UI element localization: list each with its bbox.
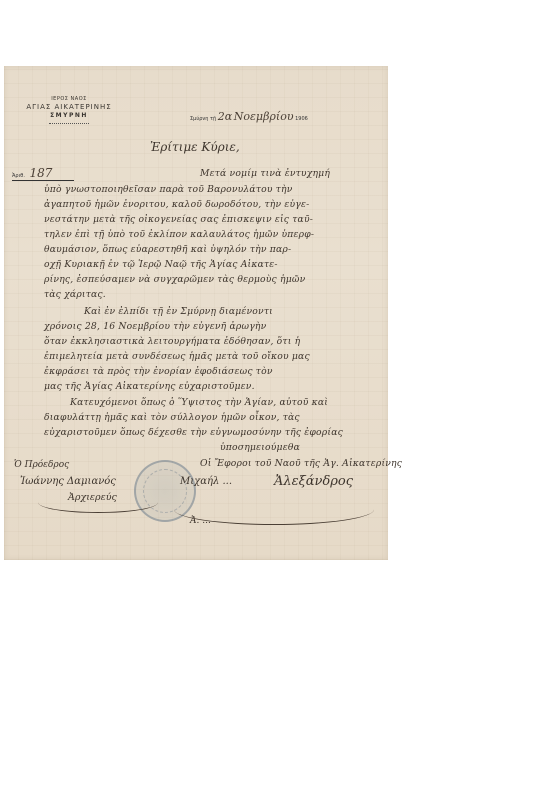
reference-value: 187 [30,166,53,180]
body-line: τὰς χάριτας. [44,289,106,300]
body-line: οχῇ Κυριακῇ ἐν τῷ Ἱερῷ Ναῷ τῆς Ἁγίας Αἰκ… [44,259,278,270]
letterhead-line2: ΑΓΙΑΣ ΑΙΚΑΤΕΡΙΝΗΣ [14,103,124,111]
body-line: ἐπιμελητεία μετὰ συνδέσεως ἡμᾶς μετὰ τοῦ… [44,351,310,362]
body-line: θαυμάσιον, ὅπως εὐαρεστηθῆ καὶ ὑψηλόν τὴ… [44,244,291,255]
date-month: Νοεμβρίου [234,110,294,123]
body-line: Καὶ ἐν ἐλπίδι τῇ ἐν Σμύρνῃ διαμένοντι [84,306,273,317]
body-line: διαφυλάττῃ ἡμᾶς καὶ τὸν σύλλογον ἡμῶν οἶ… [44,412,300,423]
letterhead-line1: ΙΕΡΟΣ ΝΑΟΣ [14,96,124,102]
signature-1: Μιχαήλ ... [180,476,232,487]
body-line: τηλεν ἐπὶ τῇ ὑπὸ τοῦ ἐκλίπον καλαυλάτος … [44,229,314,240]
body-line: Κατευχόμενοι ὅπως ὁ Ὕψιστος τὴν Ἁγίαν, α… [70,397,328,408]
reference-number: Ἀριθ. 187 [12,166,52,180]
body-line: ἀγαπητοῦ ἡμῶν ἐνοριτου, καλοῦ δωροδότου,… [44,199,309,210]
reference-label: Ἀριθ. [12,173,25,179]
date-day: 2α [218,110,232,123]
letterhead-rule [49,123,89,125]
left-signature-name: Ἰωάννης Δαμιανός [20,476,116,487]
signature-flourish [174,494,374,525]
left-signature-title: Ὁ Πρόεδρος [14,460,69,470]
body-line: ρίνης, ἐσπεύσαμεν νὰ συγχαρῶμεν τὰς θερμ… [44,274,305,285]
body-line: μας τῆς Ἁγίας Αἰκατερίνης εὐχαριστοῦμεν. [44,381,255,392]
body-line: ἐκφράσει τὰ πρὸς τὴν ἐνορίαν ἐφοδιάσεως … [44,366,273,377]
letter-paper: ΙΕΡΟΣ ΝΑΟΣ ΑΓΙΑΣ ΑΙΚΑΤΕΡΙΝΗΣ ΣΜΥΡΝΗ Ἀριθ… [4,66,388,560]
body-line: Μετά νομίμ τινὰ ἐντυχημή [200,168,330,179]
signature-flourish [38,492,158,513]
body-line: ὅταν ἐκκλησιαστικὰ λειτουργήματα ἐδόθησα… [44,336,300,347]
reference-underline [12,180,74,181]
signature-3: Ἀλεξάνδρος [274,474,353,489]
date-prefix: Σμύρνη τῇ [190,116,216,122]
body-line: ὑποσημειούμεθα [220,442,300,453]
body-line: χρόνοις 28, 16 Νοεμβρίου τὴν εὐγενῆ ἀρωγ… [44,321,266,332]
date-year: 1906 [295,116,308,122]
body-line: εὐχαριστοῦμεν ὅπως δέχεσθε τὴν εὐγνωμοσύ… [44,427,343,438]
salutation: Ἐρίτιμε Κύριε, [150,140,240,154]
dateline: Σμύρνη τῇ 2α Νοεμβρίου 1906 [190,110,308,123]
letterhead: ΙΕΡΟΣ ΝΑΟΣ ΑΓΙΑΣ ΑΙΚΑΤΕΡΙΝΗΣ ΣΜΥΡΝΗ [14,96,124,125]
closing-line: Οἱ Ἔφοροι τοῦ Ναοῦ τῆς Ἁγ. Αἰκατερίνης [200,458,402,469]
body-line: νεστάτην μετὰ τῆς οἰκογενείας σας ἐπισκε… [44,214,313,225]
letterhead-line3: ΣΜΥΡΝΗ [14,112,124,119]
body-line: ὑπὸ γνωστοποιηθεῖσαν παρὰ τοῦ Βαρονυλάτο… [44,184,293,195]
